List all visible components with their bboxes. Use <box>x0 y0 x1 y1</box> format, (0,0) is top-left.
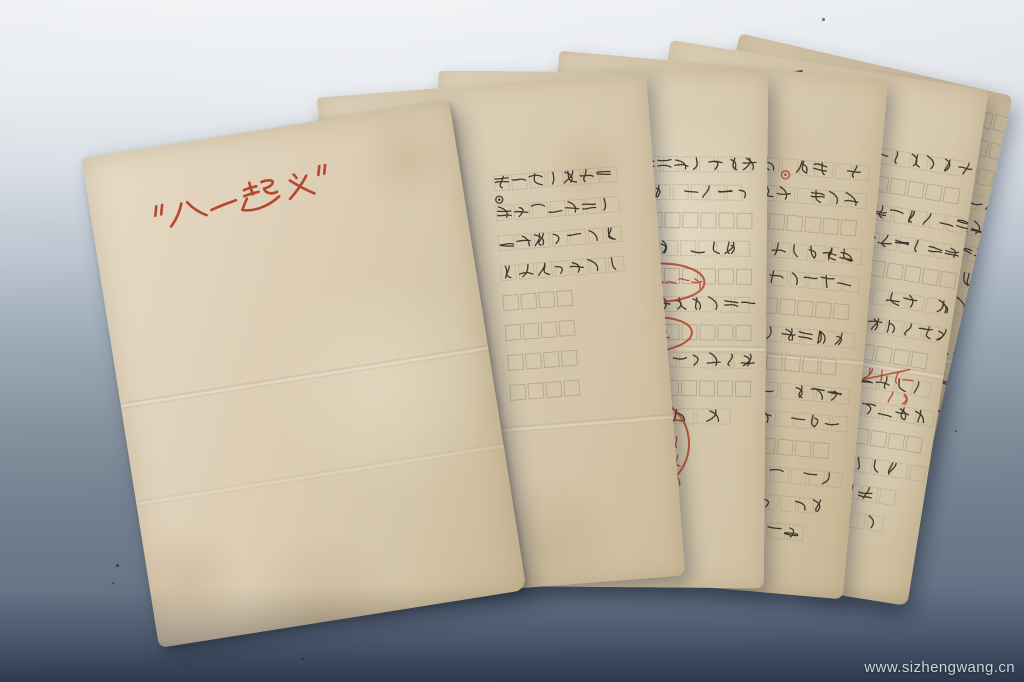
photo-of-manuscripts: www.sizhengwang.cn <box>0 0 1024 682</box>
dust-speck <box>112 582 114 584</box>
dust-speck <box>955 430 957 432</box>
dust-speck <box>116 564 119 567</box>
dust-speck <box>302 658 304 660</box>
watermark-text: www.sizhengwang.cn <box>864 659 1015 676</box>
dust-speck <box>822 18 825 21</box>
manuscript-page-1-front <box>81 100 526 648</box>
